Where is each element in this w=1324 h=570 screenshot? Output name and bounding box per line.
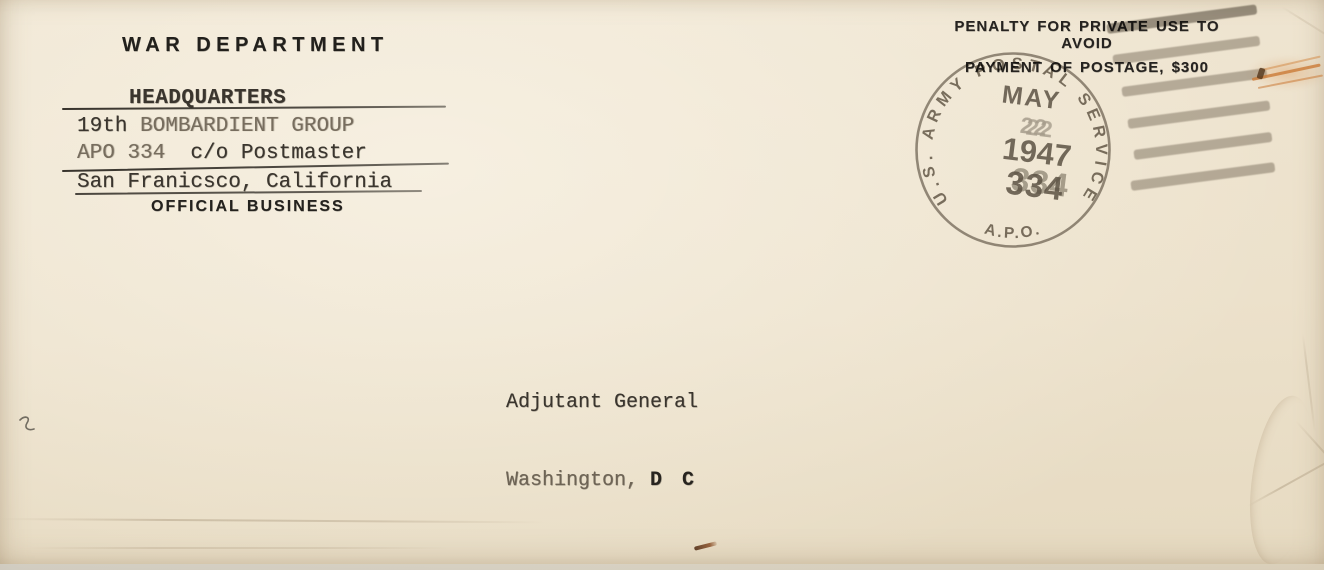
cancellation-bar: [1127, 100, 1270, 129]
unit-name: BOMBARDIENT GROUP: [140, 115, 354, 138]
pencil-mark: [17, 416, 41, 438]
recipient-address: Adjutant General Washington, D C: [506, 338, 698, 546]
cancellation-bar: [1133, 132, 1272, 160]
recipient-city: Washington,: [506, 469, 650, 492]
official-business-label: OFFICIAL BUSINESS: [151, 198, 345, 216]
cancellation-bar: [1130, 162, 1275, 191]
paper-wrinkle: [1240, 392, 1323, 569]
crease-line: [1282, 6, 1324, 44]
recipient-city-line: Washington, D C: [506, 468, 698, 494]
recipient-state: D C: [650, 469, 698, 492]
postmark-date-block: MAY 22 1947 334: [893, 30, 1134, 271]
envelope-bottom-edge: [0, 564, 1324, 570]
apo-number-line: APO 334: [77, 142, 165, 165]
return-address-apo: APO 334 c/o Postmaster: [77, 141, 367, 166]
unit-number: 19th: [77, 115, 140, 138]
postmark-stamp: U.S. ARMY POSTAL SERVICE A.P.O. MAY 22 1…: [905, 42, 1121, 258]
envelope-scan: WAR DEPARTMENT HEADQUARTERS 19th BOMBARD…: [0, 0, 1324, 570]
crease-line: [30, 547, 450, 549]
return-address-unit: 19th BOMBARDIENT GROUP: [77, 114, 354, 139]
crease-line: [0, 518, 545, 523]
recipient-name: Adjutant General: [506, 390, 698, 416]
war-department-heading: WAR DEPARTMENT: [122, 34, 389, 57]
care-of-postmaster: c/o Postmaster: [165, 142, 367, 165]
